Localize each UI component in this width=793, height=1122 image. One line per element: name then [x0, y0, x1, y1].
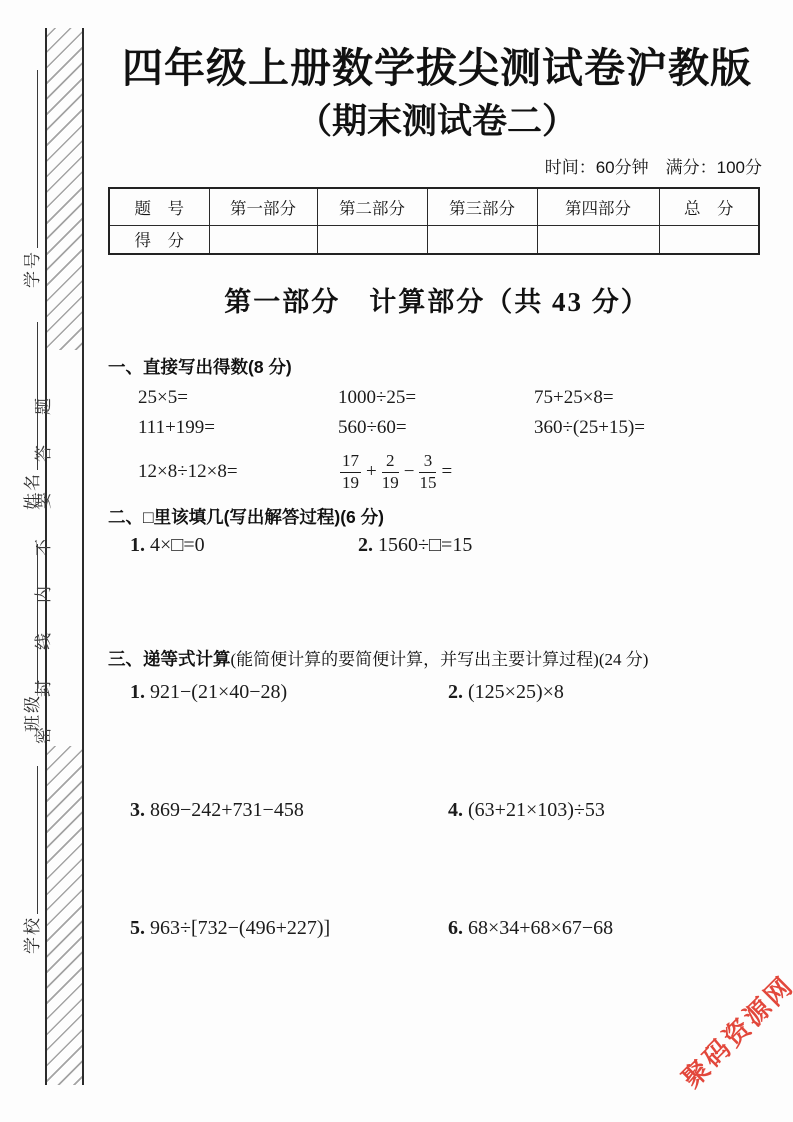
minus-operator: − [404, 461, 415, 482]
fraction-denominator: 19 [382, 473, 399, 493]
problem: 1.921−(21×40−28) [130, 681, 448, 704]
fraction-denominator: 15 [419, 473, 436, 493]
school-field-label: 学校 [23, 916, 42, 954]
problem-number: 2. [358, 534, 373, 556]
problem-expression: (125×25)×8 [468, 681, 564, 703]
problem: 3.869−242+731−458 [130, 799, 448, 822]
problem-number: 1. [130, 681, 145, 703]
paper-subtitle: （期末测试卷二） [108, 101, 766, 143]
problem-fraction: 1719+219−315= [338, 452, 766, 492]
problem-expression: 869−242+731−458 [150, 799, 304, 821]
problem: 560÷60= [338, 413, 534, 443]
problem: 5.963÷[732−(496+227)] [130, 917, 448, 940]
problem: 360÷(25+15)= [534, 413, 766, 443]
seal-line-strip: 密封线内不要答题 [45, 28, 84, 1085]
header-part4: 第四部分 [537, 188, 659, 225]
score-table-header-row: 题 号 第一部分 第二部分 第三部分 第四部分 总 分 [109, 188, 759, 225]
fraction-numerator: 3 [419, 452, 436, 473]
paper-title: 四年级上册数学拔尖测试卷沪教版 [108, 44, 766, 93]
section2-problems: 1.4×□=0 2.1560÷□=15 [108, 534, 766, 557]
header-part2: 第二部分 [317, 188, 427, 225]
header-part1: 第一部分 [209, 188, 317, 225]
section3-heading-main: 三、递等式计算 [108, 649, 231, 669]
section3-heading: 三、递等式计算(能简便计算的要简便计算，并写出主要计算过程)(24 分) [108, 645, 766, 671]
score-row-label: 得 分 [109, 225, 209, 254]
site-watermark: 聚码资源网 [671, 964, 793, 1096]
problem: 6.68×34+68×67−68 [448, 917, 766, 940]
header-part3: 第三部分 [427, 188, 537, 225]
fraction: 1719 [340, 452, 361, 492]
fraction: 315 [419, 452, 436, 492]
fraction-numerator: 2 [382, 452, 399, 473]
header-question-number: 题 号 [109, 188, 209, 225]
problem: 2.(125×25)×8 [448, 681, 766, 704]
student-id-blank-line [20, 70, 38, 248]
problem: 2.1560÷□=15 [358, 534, 766, 557]
equals-sign: = [441, 461, 452, 482]
seal-text-zone: 密封线内不要答题 [47, 350, 82, 746]
problem: 1000÷25= [338, 383, 534, 413]
problem-expression: 68×34+68×67−68 [468, 917, 613, 939]
problem-expression: 963÷[732−(496+227)] [150, 917, 330, 939]
seal-hatch-top [47, 28, 82, 350]
seal-hatch-bottom [47, 746, 82, 1085]
fraction-denominator: 19 [340, 473, 361, 493]
score-cell-total [659, 225, 759, 254]
section2-heading: 二、□里该填几(写出解答过程)(6 分) [108, 504, 766, 529]
problem: 1.4×□=0 [130, 534, 358, 557]
score-cell-part1 [209, 225, 317, 254]
section1-problems: 25×5= 1000÷25= 75+25×8= 111+199= 560÷60=… [108, 383, 766, 443]
seal-phrase: 密封线内不要答题 [29, 352, 54, 744]
section1-problems-row3: 12×8÷12×8= 1719+219−315= [108, 446, 766, 498]
problem: 12×8÷12×8= [138, 461, 338, 483]
time-score-meta: 时间：60分钟 满分：100分 [108, 153, 766, 178]
problem-expression: 1560÷□=15 [378, 534, 472, 556]
section1-heading: 一、直接写出得数(8 分) [108, 354, 766, 379]
problem: 25×5= [138, 383, 338, 413]
problem-expression: 921−(21×40−28) [150, 681, 287, 703]
plus-operator: + [366, 461, 377, 482]
problem: 75+25×8= [534, 383, 766, 413]
problem-number: 5. [130, 917, 145, 939]
header-total: 总 分 [659, 188, 759, 225]
fraction-numerator: 17 [340, 452, 361, 473]
section3-heading-note: (能简便计算的要简便计算，并写出主要计算过程)(24 分) [231, 650, 649, 669]
problem-number: 4. [448, 799, 463, 821]
problem-number: 1. [130, 534, 145, 556]
exam-paper: 四年级上册数学拔尖测试卷沪教版 （期末测试卷二） 时间：60分钟 满分：100分… [108, 44, 766, 940]
student-id-field-label: 学号 [23, 250, 42, 288]
problem-number: 3. [130, 799, 145, 821]
school-blank-line [20, 766, 38, 914]
score-table-score-row: 得 分 [109, 225, 759, 254]
section3-problems: 1.921−(21×40−28) 2.(125×25)×8 3.869−242+… [108, 681, 766, 940]
score-cell-part2 [317, 225, 427, 254]
fraction: 219 [382, 452, 399, 492]
problem-expression: (63+21×103)÷53 [468, 799, 605, 821]
problem-number: 2. [448, 681, 463, 703]
part1-heading: 第一部分 计算部分（共 43 分） [108, 280, 766, 319]
problem: 111+199= [138, 413, 338, 443]
problem-expression: 4×□=0 [150, 534, 205, 556]
score-table: 题 号 第一部分 第二部分 第三部分 第四部分 总 分 得 分 [108, 187, 760, 255]
score-cell-part3 [427, 225, 537, 254]
problem: 4.(63+21×103)÷53 [448, 799, 766, 822]
score-cell-part4 [537, 225, 659, 254]
problem-number: 6. [448, 917, 463, 939]
